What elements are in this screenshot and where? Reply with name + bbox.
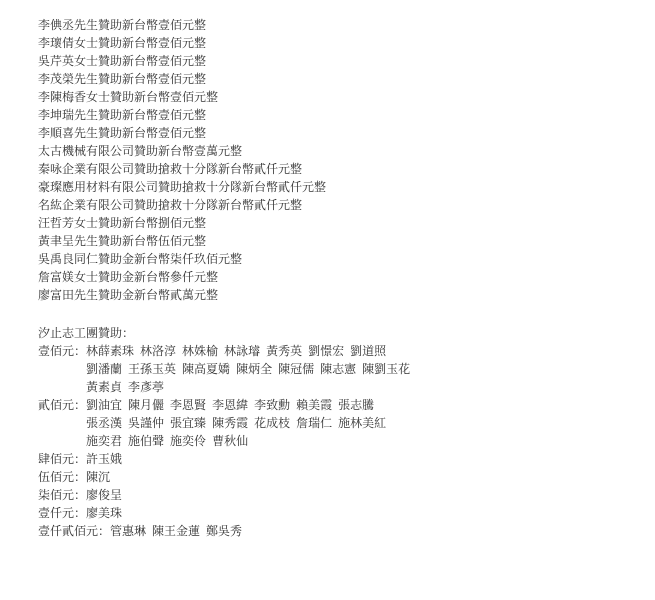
donor-name: 花成枝 xyxy=(254,416,290,430)
donor-name: 陳冠儒 xyxy=(278,362,314,376)
sponsor-line: 李倎丞先生贊助新台幣壹佰元整 xyxy=(38,16,655,34)
tier-donor-rows: 林薛素珠林洛淳林姝榆林詠璿黃秀英劉憬宏劉道照劉潘蘭王孫玉英陳高夏嬌陳炳全陳冠儒陳… xyxy=(86,342,410,396)
donation-document: 李倎丞先生贊助新台幣壹佰元整李瓌倩女士贊助新台幣壹佰元整吳芹英女士贊助新台幣壹佰… xyxy=(0,0,655,540)
tier-amount-label: 柒佰元： xyxy=(38,486,86,504)
donor-row: 黃素貞李彥葶 xyxy=(86,378,410,396)
donor-row: 施奕君施伯聲施奕伶曹秋仙 xyxy=(86,432,386,450)
sponsor-line: 名紘企業有限公司贊助搶救十分隊新台幣貳仟元整 xyxy=(38,196,655,214)
donor-row: 劉油宜陳月儷李恩賢李恩緯李致勳賴美霞張志騰 xyxy=(86,396,386,414)
donor-name: 陳王金蓮 xyxy=(152,524,200,538)
donor-name: 林詠璿 xyxy=(224,344,260,358)
volunteer-tier-list: 壹佰元：林薛素珠林洛淳林姝榆林詠璿黃秀英劉憬宏劉道照劉潘蘭王孫玉英陳高夏嬌陳炳全… xyxy=(38,342,655,540)
tier-donor-rows: 廖俊呈 xyxy=(86,486,122,504)
donor-name: 林薛素珠 xyxy=(86,344,134,358)
volunteer-group-heading: 汐止志工團贊助： xyxy=(38,324,655,342)
donor-name: 施奕君 xyxy=(86,434,122,448)
donation-tier: 肆佰元：許玉娥 xyxy=(38,450,655,468)
donor-name: 詹瑞仁 xyxy=(296,416,332,430)
donor-row: 許玉娥 xyxy=(86,450,122,468)
donor-name: 鄭吳秀 xyxy=(206,524,242,538)
donor-name: 陳炳全 xyxy=(236,362,272,376)
donor-name: 陳月儷 xyxy=(128,398,164,412)
donation-tier: 貳佰元：劉油宜陳月儷李恩賢李恩緯李致勳賴美霞張志騰張丞漢吳謹仲張宜臻陳秀霞花成枝… xyxy=(38,396,655,450)
sponsor-line: 詹富媄女士贊助金新台幣參仟元整 xyxy=(38,268,655,286)
tier-amount-label: 貳佰元： xyxy=(38,396,86,414)
donor-name: 劉潘蘭 xyxy=(86,362,122,376)
donor-name: 張丞漢 xyxy=(86,416,122,430)
tier-amount-label: 肆佰元： xyxy=(38,450,86,468)
tier-donor-rows: 劉油宜陳月儷李恩賢李恩緯李致勳賴美霞張志騰張丞漢吳謹仲張宜臻陳秀霞花成枝詹瑞仁施… xyxy=(86,396,386,450)
sponsor-line: 李陳梅香女士贊助新台幣壹佰元整 xyxy=(38,88,655,106)
donor-name: 黃秀英 xyxy=(266,344,302,358)
donation-tier: 壹佰元：林薛素珠林洛淳林姝榆林詠璿黃秀英劉憬宏劉道照劉潘蘭王孫玉英陳高夏嬌陳炳全… xyxy=(38,342,655,396)
donor-name: 廖俊呈 xyxy=(86,488,122,502)
donor-name: 吳謹仲 xyxy=(128,416,164,430)
donor-name: 施奕伶 xyxy=(170,434,206,448)
section-spacer xyxy=(38,304,655,324)
sponsor-line: 黃聿呈先生贊助新台幣伍佰元整 xyxy=(38,232,655,250)
sponsor-list: 李倎丞先生贊助新台幣壹佰元整李瓌倩女士贊助新台幣壹佰元整吳芹英女士贊助新台幣壹佰… xyxy=(38,16,655,304)
tier-amount-label: 壹仟元： xyxy=(38,504,86,522)
donor-name: 陳劉玉花 xyxy=(362,362,410,376)
donor-name: 李彥葶 xyxy=(128,380,164,394)
donor-name: 陳沉 xyxy=(86,470,110,484)
donor-name: 施伯聲 xyxy=(128,434,164,448)
donor-name: 廖美珠 xyxy=(86,506,122,520)
sponsor-line: 吳禹良同仁贊助金新台幣柒仟玖佰元整 xyxy=(38,250,655,268)
donation-tier: 伍佰元：陳沉 xyxy=(38,468,655,486)
tier-amount-label: 壹仟貳佰元： xyxy=(38,522,110,540)
donor-name: 陳志憲 xyxy=(320,362,356,376)
donor-name: 陳高夏嬌 xyxy=(182,362,230,376)
donor-name: 張志騰 xyxy=(338,398,374,412)
tier-donor-rows: 許玉娥 xyxy=(86,450,122,468)
sponsor-line: 廖富田先生贊助金新台幣貳萬元整 xyxy=(38,286,655,304)
donor-row: 廖美珠 xyxy=(86,504,122,522)
sponsor-line: 李茂榮先生贊助新台幣壹佰元整 xyxy=(38,70,655,88)
sponsor-line: 秦咏企業有限公司贊助搶救十分隊新台幣貳仟元整 xyxy=(38,160,655,178)
donor-name: 李致勳 xyxy=(254,398,290,412)
donor-row: 劉潘蘭王孫玉英陳高夏嬌陳炳全陳冠儒陳志憲陳劉玉花 xyxy=(86,360,410,378)
donor-row: 管惠琳陳王金蓮鄭吳秀 xyxy=(110,522,242,540)
donor-row: 廖俊呈 xyxy=(86,486,122,504)
donor-name: 劉油宜 xyxy=(86,398,122,412)
donor-name: 黃素貞 xyxy=(86,380,122,394)
donor-name: 李恩緯 xyxy=(212,398,248,412)
sponsor-line: 吳芹英女士贊助新台幣壹佰元整 xyxy=(38,52,655,70)
donation-tier: 柒佰元：廖俊呈 xyxy=(38,486,655,504)
donor-name: 張宜臻 xyxy=(170,416,206,430)
donor-name: 劉道照 xyxy=(350,344,386,358)
sponsor-line: 李坤瑞先生贊助新台幣壹佰元整 xyxy=(38,106,655,124)
donor-name: 陳秀霞 xyxy=(212,416,248,430)
donor-name: 李恩賢 xyxy=(170,398,206,412)
donor-row: 張丞漢吳謹仲張宜臻陳秀霞花成枝詹瑞仁施林美紅 xyxy=(86,414,386,432)
tier-donor-rows: 廖美珠 xyxy=(86,504,122,522)
sponsor-line: 太古機械有限公司贊助新台幣壹萬元整 xyxy=(38,142,655,160)
donor-row: 林薛素珠林洛淳林姝榆林詠璿黃秀英劉憬宏劉道照 xyxy=(86,342,410,360)
sponsor-line: 李瓌倩女士贊助新台幣壹佰元整 xyxy=(38,34,655,52)
donor-name: 賴美霞 xyxy=(296,398,332,412)
tier-amount-label: 壹佰元： xyxy=(38,342,86,360)
donor-name: 王孫玉英 xyxy=(128,362,176,376)
tier-donor-rows: 陳沉 xyxy=(86,468,110,486)
donation-tier: 壹仟元：廖美珠 xyxy=(38,504,655,522)
donor-name: 管惠琳 xyxy=(110,524,146,538)
donor-name: 林姝榆 xyxy=(182,344,218,358)
donor-row: 陳沉 xyxy=(86,468,110,486)
tier-amount-label: 伍佰元： xyxy=(38,468,86,486)
donation-tier: 壹仟貳佰元：管惠琳陳王金蓮鄭吳秀 xyxy=(38,522,655,540)
donor-name: 許玉娥 xyxy=(86,452,122,466)
donor-name: 施林美紅 xyxy=(338,416,386,430)
sponsor-line: 豪璨應用材料有限公司贊助搶救十分隊新台幣貳仟元整 xyxy=(38,178,655,196)
sponsor-line: 汪哲芳女士贊助新台幣捌佰元整 xyxy=(38,214,655,232)
donor-name: 劉憬宏 xyxy=(308,344,344,358)
tier-donor-rows: 管惠琳陳王金蓮鄭吳秀 xyxy=(110,522,242,540)
donor-name: 曹秋仙 xyxy=(212,434,248,448)
sponsor-line: 李順喜先生贊助新台幣壹佰元整 xyxy=(38,124,655,142)
donor-name: 林洛淳 xyxy=(140,344,176,358)
